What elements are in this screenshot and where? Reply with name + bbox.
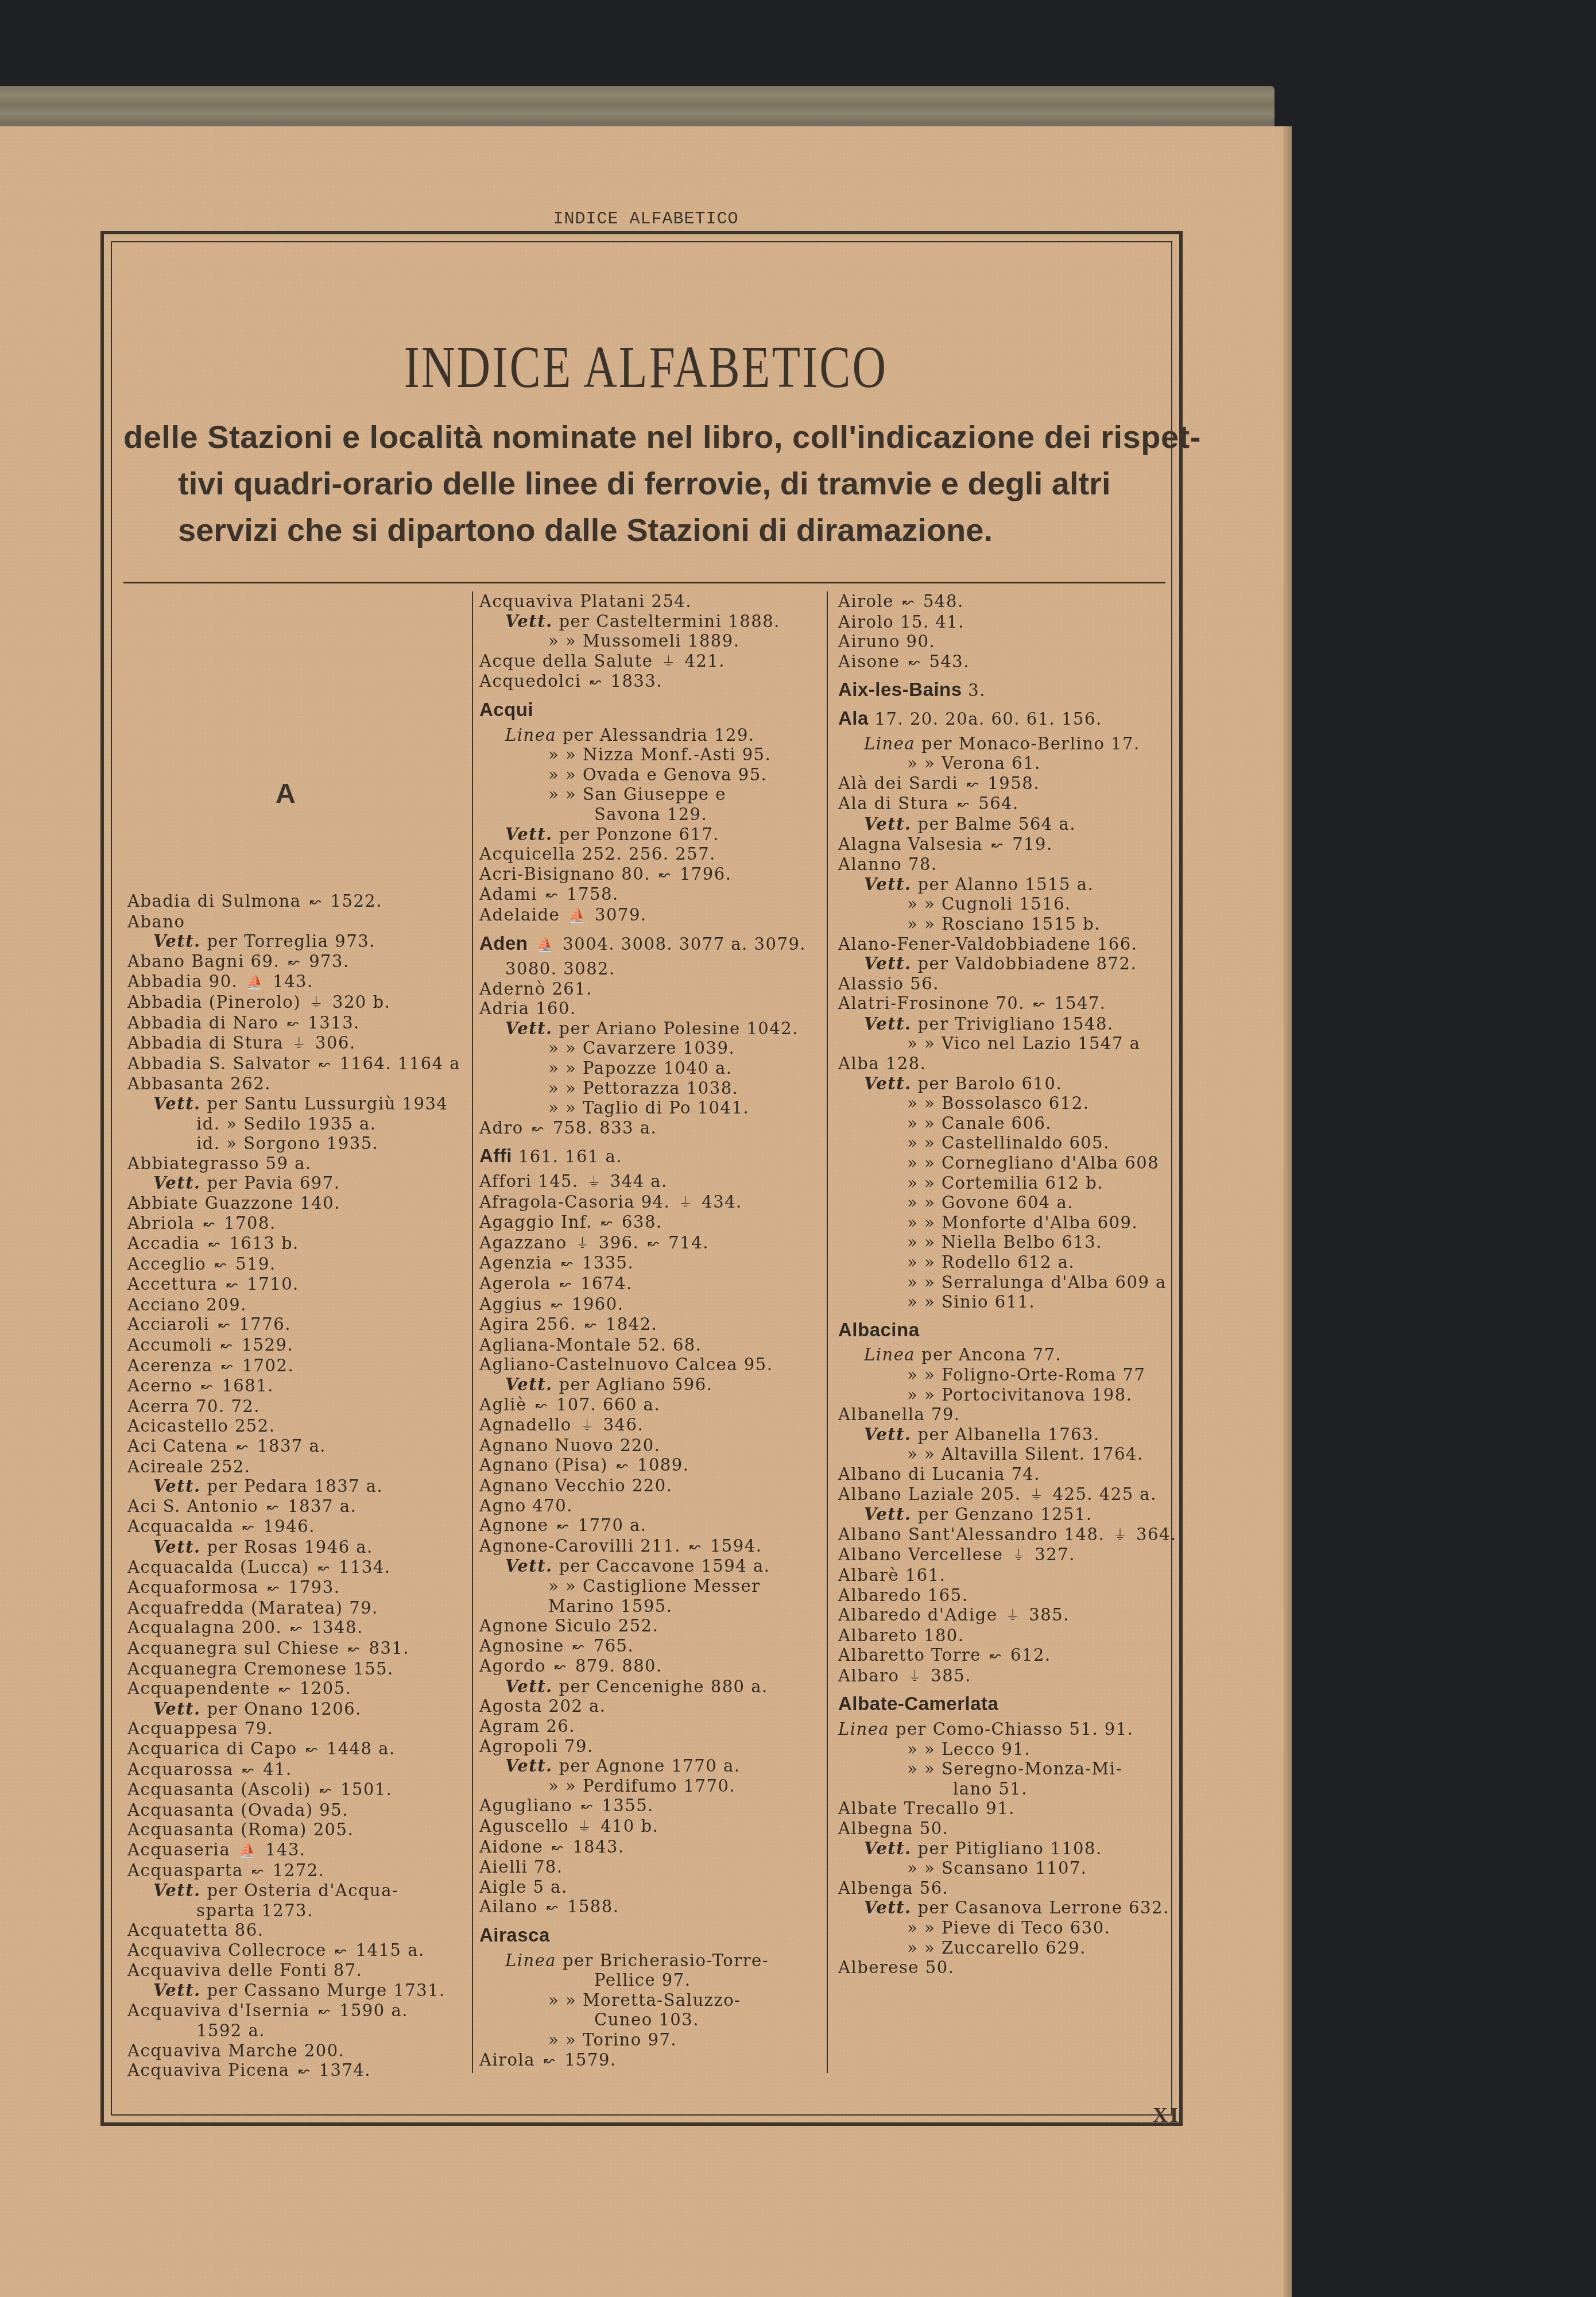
index-entry: Acquasanta (Ovada) 95. [127, 1800, 460, 1820]
index-entry: Alanno 78. [838, 854, 1177, 875]
index-entry: Agnano (Pisa) ↜ 1089. [479, 1455, 806, 1476]
index-entry: Aisone ↜ 543. [838, 652, 1177, 672]
index-entry: Acquarossa ↜ 41. [127, 1760, 460, 1780]
index-heading-entry: Acqui [479, 700, 806, 721]
index-entry: Abbadia di Naro ↜ 1313. [127, 1013, 460, 1034]
index-entry: Albano Sant'Alessandro 148. ⏚ 364. [838, 1525, 1177, 1545]
vett-label: Vett. [153, 1981, 201, 2000]
index-entry: Acquafredda (Maratea) 79. [127, 1598, 460, 1618]
index-entry: » » Lecco 91. [838, 1739, 1177, 1760]
index-entry: Vett. per Onano 1206. [127, 1699, 460, 1719]
page-title: INDICE ALFABETICO [142, 333, 1150, 401]
index-entry: Affori 145. ⏚ 344 a. [479, 1171, 806, 1192]
index-entry: Savona 129. [479, 805, 806, 825]
index-entry: Albegna 50. [838, 1819, 1177, 1839]
index-entry: Aigle 5 a. [479, 1877, 806, 1897]
coach-icon: ↜ [319, 1054, 331, 1074]
index-entry: Aguscello ⏚ 410 b. [479, 1816, 806, 1837]
coach-icon: ↜ [218, 1315, 231, 1335]
index-entry: » » Bossolasco 612. [838, 1093, 1177, 1113]
index-entry: Vett. per Trivigliano 1548. [838, 1014, 1177, 1034]
index-entry: » » Torino 97. [479, 2030, 806, 2050]
coach-icon: ↜ [551, 1295, 564, 1315]
index-entry: Agugliano ↜ 1355. [479, 1796, 806, 1816]
index-entry: » » Castiglione Messer [479, 1576, 806, 1596]
index-entry: » » Nizza Monf.-Asti 95. [479, 745, 806, 765]
index-entry: Acquanegra sul Chiese ↜ 831. [127, 1638, 460, 1659]
subtitle-line-1: delle Stazioni e località nominate nel l… [123, 413, 1163, 460]
index-entry: » » Altavilla Silent. 1764. [838, 1444, 1177, 1464]
ship-icon: ⛵ [239, 1840, 257, 1861]
index-entry: Albaro ⏚ 385. [838, 1666, 1177, 1687]
coach-icon: ↜ [555, 1657, 567, 1677]
index-entry: Vett. per Pedara 1837 a. [127, 1476, 460, 1496]
index-entry: Ala di Stura ↜ 564. [838, 794, 1177, 814]
index-entry: Vett. per Alanno 1515 a. [838, 875, 1177, 895]
index-entry: Acerno ↜ 1681. [127, 1376, 460, 1397]
coach-icon: ↜ [288, 952, 301, 972]
section-letter: A [276, 778, 296, 810]
index-entry: Albanella 79. [838, 1405, 1177, 1425]
tram-icon: ⏚ [292, 1034, 307, 1054]
coach-icon: ↜ [279, 1679, 292, 1699]
index-entry: » » Canale 606. [838, 1113, 1177, 1134]
subtitle-line-3: servizi che si dipartono dalle Stazioni … [123, 506, 1163, 553]
tram-icon: ⏚ [661, 652, 676, 672]
coach-icon: ↜ [1033, 994, 1046, 1014]
index-entry: Acireale 252. [127, 1457, 460, 1477]
vett-label: Vett. [864, 1505, 912, 1524]
index-entry: Agnone-Carovilli 211. ↜ 1594. [479, 1536, 806, 1557]
vett-label: Vett. [864, 1839, 912, 1858]
index-entry: Adernò 261. [479, 979, 806, 999]
index-heading-entry: Ala 17. 20. 20a. 60. 61. 156. [838, 709, 1177, 729]
index-entry: Vett. per Valdobbiadene 872. [838, 954, 1177, 974]
index-entry: Aielli 78. [479, 1857, 806, 1877]
index-entry: Pellice 97. [479, 1970, 806, 1990]
index-entry: Aidone ↜ 1843. [479, 1837, 806, 1858]
index-entry: Agosta 202 a. [479, 1696, 806, 1716]
station-heading: Aix-les-Bains [838, 679, 962, 700]
index-entry: Albano Vercellese ⏚ 327. [838, 1545, 1177, 1565]
index-entry: Linea per Monaco-Berlino 17. [838, 734, 1177, 754]
index-entry: » » Monforte d'Alba 609. [838, 1213, 1177, 1233]
index-entry: Albenga 56. [838, 1878, 1177, 1898]
linea-label: Linea [838, 1719, 889, 1739]
coach-icon: ↜ [318, 1558, 331, 1578]
index-entry: Acquasanta (Roma) 205. [127, 1820, 460, 1840]
index-heading-entry: Albacina [838, 1320, 1177, 1341]
index-entry: Accadia ↜ 1613 b. [127, 1233, 460, 1254]
ship-icon: ⛵ [568, 906, 586, 926]
station-heading: Acqui [479, 699, 533, 720]
index-entry: Acquappesa 79. [127, 1719, 460, 1739]
index-entry: » » Govone 604 a. [838, 1193, 1177, 1213]
index-heading-entry: Airasca [479, 1925, 806, 1946]
index-entry: Vett. per Torreglia 973. [127, 931, 460, 952]
index-entry: Abbadia 90. ⛵ 143. [127, 972, 460, 992]
index-entry: » » Portocivitanova 198. [838, 1385, 1177, 1405]
tram-icon: ⏚ [309, 993, 324, 1013]
coach-icon: ↜ [590, 672, 602, 692]
vett-label: Vett. [505, 1019, 553, 1038]
index-entry: Acquanegra Cremonese 155. [127, 1659, 460, 1679]
index-entry: Albano Laziale 205. ⏚ 425. 425 a. [838, 1484, 1177, 1505]
linea-label: Linea [505, 1951, 556, 1970]
index-entry: Vett. per Genzano 1251. [838, 1505, 1177, 1525]
vett-label: Vett. [505, 1677, 553, 1696]
vett-label: Vett. [864, 1074, 912, 1093]
title-rule [123, 582, 1165, 583]
index-entry: Acquaformosa ↜ 1793. [127, 1577, 460, 1598]
index-entry: » » Ovada e Genova 95. [479, 765, 806, 785]
index-entry: Vett. per Ponzone 617. [479, 825, 806, 845]
index-entry: Vett. per Ariano Polesine 1042. [479, 1019, 806, 1039]
index-column-1: Abadia di Sulmona ↜ 1522.AbanoVett. per … [127, 891, 460, 2081]
index-entry: Vett. per Pitigliano 1108. [838, 1839, 1177, 1859]
index-entry: » » Sinio 611. [838, 1292, 1177, 1312]
index-heading-entry: Aix-les-Bains 3. [838, 680, 1177, 701]
index-entry: Agno 470. [479, 1496, 806, 1516]
coach-icon: ↜ [305, 1739, 318, 1760]
coach-icon: ↜ [991, 835, 1004, 855]
coach-icon: ↜ [319, 2001, 331, 2021]
index-column-3: Airole ↜ 548.Airolo 15. 41.Airuno 90.Ais… [838, 591, 1177, 1978]
index-entry: Vett. per Albanella 1763. [838, 1425, 1177, 1445]
coach-icon: ↜ [546, 885, 559, 905]
vett-label: Vett. [153, 1881, 201, 1900]
coach-icon: ↜ [251, 1861, 264, 1881]
tram-icon: ⏚ [908, 1666, 923, 1687]
index-entry: Acicastello 252. [127, 1416, 460, 1436]
coach-icon: ↜ [572, 1637, 585, 1657]
coach-icon: ↜ [215, 1255, 227, 1275]
index-entry: Vett. per Cencenighe 880 a. [479, 1677, 806, 1697]
index-entry: Acquacalda ↜ 1946. [127, 1517, 460, 1537]
index-entry: Agazzano ⏚ 396. ↜ 714. [479, 1233, 806, 1254]
index-entry: Acciano 209. [127, 1295, 460, 1315]
index-entry: » » Rodello 612 a. [838, 1252, 1177, 1273]
running-head: INDICE ALFABETICO [0, 210, 1292, 229]
ship-icon: ⛵ [246, 972, 264, 992]
index-entry: Adami ↜ 1758. [479, 884, 806, 905]
column-divider [472, 591, 473, 2073]
vett-label: Vett. [864, 1014, 912, 1034]
tram-icon: ⏚ [679, 1193, 694, 1213]
index-entry: Agordo ↜ 879. 880. [479, 1656, 806, 1677]
ship-icon: ⛵ [536, 935, 554, 955]
coach-icon: ↜ [532, 1119, 545, 1139]
index-entry: » » Cavarzere 1039. [479, 1038, 806, 1058]
index-entry: Agaggio Inf. ↜ 638. [479, 1212, 806, 1233]
index-entry: Acceglio ↜ 519. [127, 1254, 460, 1275]
index-entry: Agnosine ↜ 765. [479, 1636, 806, 1657]
index-entry: Adria 160. [479, 999, 806, 1019]
station-heading: Albacina [838, 1319, 920, 1340]
vett-label: Vett. [864, 875, 912, 894]
index-entry: id. » Sorgono 1935. [127, 1134, 460, 1154]
index-entry: Vett. per Barolo 610. [838, 1074, 1177, 1094]
index-entry: Marino 1595. [479, 1596, 806, 1617]
index-entry: Vett. per Agnone 1770 a. [479, 1756, 806, 1776]
index-entry: Acquacalda (Lucca) ↜ 1134. [127, 1557, 460, 1578]
coach-icon: ↜ [237, 1437, 249, 1457]
station-heading: Affi [479, 1145, 512, 1166]
index-entry: Acerra 70. 72. [127, 1397, 460, 1417]
index-entry: Acciaroli ↜ 1776. [127, 1314, 460, 1335]
page-number: XI [1153, 2103, 1180, 2127]
station-heading: Aden [479, 933, 528, 954]
index-entry: Aggius ↜ 1960. [479, 1294, 806, 1315]
index-entry: Agnano Nuovo 220. [479, 1436, 806, 1456]
index-entry: Linea per Bricherasio-Torre- [479, 1951, 806, 1971]
index-entry: Acquedolci ↜ 1833. [479, 671, 806, 692]
index-entry: » » Zuccarello 629. [838, 1938, 1177, 1958]
coach-icon: ↜ [967, 774, 979, 794]
index-entry: » » Taglio di Po 1041. [479, 1098, 806, 1118]
index-entry: Airuno 90. [838, 632, 1177, 652]
index-entry: Abbasanta 262. [127, 1074, 460, 1094]
index-entry: » » Pieve di Teco 630. [838, 1918, 1177, 1938]
index-entry: » » San Giuseppe e [479, 784, 806, 805]
index-entry: » » Mussomeli 1889. [479, 631, 806, 651]
coach-icon: ↜ [208, 1234, 221, 1254]
index-entry: » » Verona 61. [838, 753, 1177, 774]
vett-label: Vett. [153, 1094, 201, 1113]
index-entry: Acquasparta ↜ 1272. [127, 1861, 460, 1881]
vett-label: Vett. [153, 931, 201, 951]
coach-icon: ↜ [581, 1796, 594, 1816]
index-entry: Alano-Fener-Valdobbiadene 166. [838, 934, 1177, 954]
index-entry: Alassio 56. [838, 974, 1177, 994]
index-entry: Agenzia ↜ 1335. [479, 1253, 806, 1274]
index-entry: Airole ↜ 548. [838, 591, 1177, 612]
index-entry: Albaredo d'Adige ⏚ 385. [838, 1605, 1177, 1626]
index-entry: Acqualagna 200. ↜ 1348. [127, 1618, 460, 1638]
index-entry: Albano di Lucania 74. [838, 1464, 1177, 1484]
index-entry: Agliana-Montale 52. 68. [479, 1335, 806, 1355]
coach-icon: ↜ [617, 1456, 629, 1476]
index-entry: 1592 a. [127, 2021, 460, 2041]
index-entry: Cuneo 103. [479, 2010, 806, 2030]
book-page-edges [0, 86, 1275, 132]
station-heading: Airasca [479, 1924, 550, 1946]
index-entry: Acquaviva d'Isernia ↜ 1590 a. [127, 2001, 460, 2021]
tram-icon: ⏚ [1006, 1606, 1021, 1626]
vett-label: Vett. [864, 954, 912, 973]
vett-label: Vett. [153, 1173, 201, 1193]
linea-label: Linea [864, 1345, 915, 1364]
coach-icon: ↜ [659, 865, 672, 885]
coach-icon: ↜ [348, 1639, 361, 1659]
coach-icon: ↜ [203, 1214, 216, 1234]
index-entry: Acquaviva Picena ↜ 1374. [127, 2060, 460, 2081]
index-entry: Vett. per Casanova Lerrone 632. [838, 1898, 1177, 1918]
coach-icon: ↜ [268, 1578, 280, 1598]
coach-icon: ↜ [648, 1233, 660, 1254]
index-entry: » » Foligno-Orte-Roma 77 [838, 1365, 1177, 1385]
vett-label: Vett. [864, 1425, 912, 1444]
index-heading-entry: Albate-Camerlata [838, 1694, 1177, 1715]
index-entry: Abadia di Sulmona ↜ 1522. [127, 891, 460, 912]
index-entry: » » Niella Belbo 613. [838, 1232, 1177, 1252]
index-entry: » » Serralunga d'Alba 609 a [838, 1273, 1177, 1293]
coach-icon: ↜ [290, 1618, 303, 1638]
index-entry: Vett. per Casteltermini 1888. [479, 612, 806, 632]
index-entry: Vett. per Rosas 1946 a. [127, 1537, 460, 1557]
tram-icon: ⏚ [1012, 1545, 1026, 1565]
coach-icon: ↜ [221, 1356, 234, 1376]
index-entry: Alagna Valsesia ↜ 719. [838, 834, 1177, 855]
vett-label: Vett. [153, 1699, 201, 1719]
tram-icon: ⏚ [576, 1233, 591, 1254]
index-entry: Vett. per Cassano Murge 1731. [127, 1981, 460, 2001]
index-entry: » » Cugnoli 1516. [838, 894, 1177, 914]
index-entry: Agram 26. [479, 1716, 806, 1737]
index-entry: Adelaide ⛵ 3079. [479, 905, 806, 926]
index-entry: Linea per Ancona 77. [838, 1345, 1177, 1365]
index-entry: Acquatetta 86. [127, 1920, 460, 1940]
index-entry: Albareto 180. [838, 1626, 1177, 1646]
index-entry: Adro ↜ 758. 833 a. [479, 1118, 806, 1139]
index-entry: 3080. 3082. [479, 959, 806, 979]
index-entry: » » Cornegliano d'Alba 608 [838, 1153, 1177, 1173]
index-entry: Vett. per Pavia 697. [127, 1173, 460, 1193]
page-edge-shadow [1283, 126, 1292, 2297]
index-entry: Acerenza ↜ 1702. [127, 1356, 460, 1376]
index-entry: Agnano Vecchio 220. [479, 1476, 806, 1496]
index-heading-entry: Aden ⛵ 3004. 3008. 3077 a. 3079. [479, 934, 806, 955]
index-entry: » » Moretta-Saluzzo- [479, 1990, 806, 2010]
index-entry: » » Seregno-Monza-Mi- [838, 1759, 1177, 1779]
index-entry: Abriola ↜ 1708. [127, 1213, 460, 1234]
coach-icon: ↜ [320, 1780, 332, 1800]
tram-icon: ⏚ [580, 1416, 595, 1436]
vett-label: Vett. [153, 1537, 201, 1557]
index-entry: Acquarica di Capo ↜ 1448 a. [127, 1739, 460, 1760]
tram-icon: ⏚ [578, 1817, 592, 1837]
coach-icon: ↜ [544, 2051, 556, 2071]
coach-icon: ↜ [335, 1941, 347, 1961]
coach-icon: ↜ [561, 1254, 574, 1274]
index-entry: » » Rosciano 1515 b. [838, 914, 1177, 934]
vett-label: Vett. [505, 1556, 553, 1576]
index-entry: Accettura ↜ 1710. [127, 1274, 460, 1295]
tram-icon: ⏚ [1029, 1485, 1044, 1505]
index-entry: Ailano ↜ 1588. [479, 1897, 806, 1917]
index-entry: id. » Sedilo 1935 a. [127, 1114, 460, 1134]
subtitle-line-2: tivi quadri-orario delle linee di ferrov… [123, 460, 1163, 506]
vett-label: Vett. [505, 1756, 553, 1776]
index-entry: Linea per Como-Chiasso 51. 91. [838, 1719, 1177, 1739]
index-entry: Abbadia (Pinerolo) ⏚ 320 b. [127, 992, 460, 1013]
index-entry: Aci S. Antonio ↜ 1837 a. [127, 1496, 460, 1517]
index-entry: Agliano-Castelnuovo Calcea 95. [479, 1355, 806, 1375]
index-entry: Vett. per Caccavone 1594 a. [479, 1556, 806, 1576]
index-entry: Alberese 50. [838, 1958, 1177, 1978]
station-heading: Ala [838, 707, 869, 729]
tram-icon: ⏚ [1113, 1525, 1128, 1545]
index-entry: Albarè 161. [838, 1565, 1177, 1586]
linea-label: Linea [864, 734, 915, 753]
index-entry: Alba 128. [838, 1054, 1177, 1074]
coach-icon: ↜ [298, 2061, 311, 2081]
index-entry: Abano [127, 912, 460, 932]
coach-icon: ↜ [226, 1275, 239, 1295]
index-entry: Acquaviva delle Fonti 87. [127, 1960, 460, 1981]
index-entry: Accumoli ↜ 1529. [127, 1335, 460, 1356]
index-entry: Acquaviva Collecroce ↜ 1415 a. [127, 1940, 460, 1961]
coach-icon: ↜ [601, 1213, 614, 1233]
index-entry: Airolo 15. 41. [838, 612, 1177, 632]
index-entry: sparta 1273. [127, 1901, 460, 1921]
coach-icon: ↜ [902, 592, 915, 612]
coach-icon: ↜ [535, 1395, 548, 1416]
index-entry: Alà dei Sardi ↜ 1958. [838, 774, 1177, 794]
index-entry: Abbiate Guazzone 140. [127, 1193, 460, 1213]
index-entry: » » Scansano 1107. [838, 1858, 1177, 1878]
coach-icon: ↜ [309, 892, 322, 912]
index-entry: » » Cortemilia 612 b. [838, 1173, 1177, 1193]
index-entry: Vett. per Santu Lussurgiù 1934 [127, 1094, 460, 1114]
index-entry: Agliè ↜ 107. 660 a. [479, 1395, 806, 1416]
coach-icon: ↜ [958, 794, 970, 814]
index-heading-entry: Affi 161. 161 a. [479, 1146, 806, 1167]
index-entry: Abano Bagni 69. ↜ 973. [127, 952, 460, 972]
index-entry: Albaredo 165. [838, 1586, 1177, 1606]
index-entry: Vett. per Osteria d'Acqua- [127, 1881, 460, 1901]
coach-icon: ↜ [990, 1646, 1002, 1666]
vett-label: Vett. [505, 825, 553, 844]
coach-icon: ↜ [242, 1760, 255, 1780]
vett-label: Vett. [864, 814, 912, 834]
index-entry: Vett. per Balme 564 a. [838, 814, 1177, 834]
linea-label: Linea [505, 725, 556, 745]
index-entry: » » Pettorazza 1038. [479, 1078, 806, 1099]
index-entry: Albate Trecallo 91. [838, 1799, 1177, 1819]
index-entry: » » Papozze 1040 a. [479, 1058, 806, 1078]
index-entry: Agerola ↜ 1674. [479, 1274, 806, 1294]
index-column-2: Acquaviva Platani 254.Vett. per Castelte… [479, 591, 806, 2070]
coach-icon: ↜ [908, 652, 921, 672]
coach-icon: ↜ [287, 1014, 300, 1034]
index-entry: Agira 256. ↜ 1842. [479, 1314, 806, 1335]
coach-icon: ↜ [242, 1517, 255, 1537]
index-entry: Abbadia S. Salvator ↜ 1164. 1164 a [127, 1054, 460, 1074]
column-divider [827, 591, 828, 2073]
index-entry: Abbiategrasso 59 a. [127, 1154, 460, 1174]
tram-icon: ⏚ [587, 1172, 602, 1192]
index-entry: Acquapendente ↜ 1205. [127, 1679, 460, 1699]
index-entry: » » Castellinaldo 605. [838, 1133, 1177, 1153]
index-entry: Afragola-Casoria 94. ⏚ 434. [479, 1192, 806, 1213]
coach-icon: ↜ [267, 1497, 280, 1517]
page-subtitle: delle Stazioni e località nominate nel l… [123, 413, 1163, 553]
vett-label: Vett. [864, 1898, 912, 1917]
index-entry: Airola ↜ 1579. [479, 2050, 806, 2071]
coach-icon: ↜ [689, 1537, 702, 1557]
index-entry: Acquaseria ⛵ 143. [127, 1840, 460, 1861]
vett-label: Vett. [153, 1476, 201, 1496]
index-entry: Acquasanta (Ascoli) ↜ 1501. [127, 1780, 460, 1800]
index-entry: Acquicella 252. 256. 257. [479, 844, 806, 864]
station-heading: Albate-Camerlata [838, 1693, 998, 1714]
coach-icon: ↜ [560, 1274, 572, 1294]
index-entry: Acquaviva Marche 200. [127, 2041, 460, 2061]
index-entry: Agropoli 79. [479, 1737, 806, 1757]
index-entry: Aci Catena ↜ 1837 a. [127, 1436, 460, 1457]
index-entry: Alatri-Frosinone 70. ↜ 1547. [838, 993, 1177, 1014]
